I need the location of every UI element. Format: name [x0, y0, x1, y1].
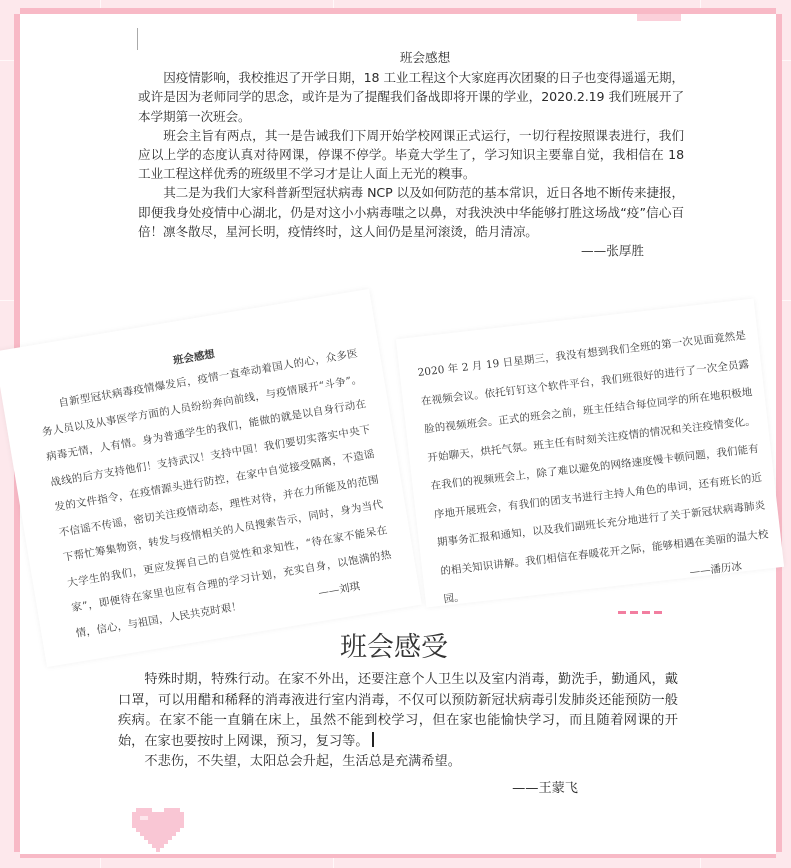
heart-icon: [132, 808, 184, 852]
pink-dash-decoration: [618, 611, 664, 614]
frame-corner: [14, 8, 20, 14]
signature: ——张厚胜: [138, 241, 684, 260]
document-title: 班会感想: [138, 48, 684, 67]
paragraph: 因疫情影响，我校推迟了开学日期，18 工业工程这个大家庭再次团聚的日子也变得遥遥…: [138, 68, 684, 126]
text-caret-mark: [137, 28, 138, 50]
text-cursor: [372, 732, 374, 747]
document-bottom: 班会感受 特殊时期，特殊行动。在家不外出，还要注意个人卫生以及室内消毒，勤洗手，…: [118, 628, 678, 800]
frame-corner: [14, 852, 20, 858]
signature: ——王蒙飞: [118, 779, 678, 800]
paragraph: 其二是为我们大家科普新型冠状病毒 NCP 以及如何防范的基本常识，近日各地不断传…: [138, 183, 684, 241]
frame-corner: [776, 8, 782, 14]
document-title: 班会感受: [118, 628, 678, 668]
frame-tab-decoration: [637, 14, 681, 21]
document-card-left: 班会感想 自新型冠状病毒疫情爆发后，疫情一直牵动着国人的心，众多医务人员以及从事…: [0, 289, 422, 667]
paragraph: 班会主旨有两点，其一是告诫我们下周开始学校网课正式运行，一切行程按照课表进行，我…: [138, 126, 684, 184]
paragraph: 特殊时期，特殊行动。在家不外出，还要注意个人卫生以及室内消毒，勤洗手，勤通风，戴…: [118, 670, 678, 752]
paragraph: 不悲伤，不失望，太阳总会升起，生活总是充满希望。: [118, 752, 678, 773]
paragraph-text: 特殊时期，特殊行动。在家不外出，还要注意个人卫生以及室内消毒，勤洗手，勤通风，戴…: [118, 672, 678, 749]
document-card-right: 2020 年 2 月 19 日星期三，我没有想到我们全班的第一次见面竟然是在视频…: [396, 298, 784, 607]
document-top: 班会感想 因疫情影响，我校推迟了开学日期，18 工业工程这个大家庭再次团聚的日子…: [138, 48, 684, 260]
frame-corner: [776, 852, 782, 858]
